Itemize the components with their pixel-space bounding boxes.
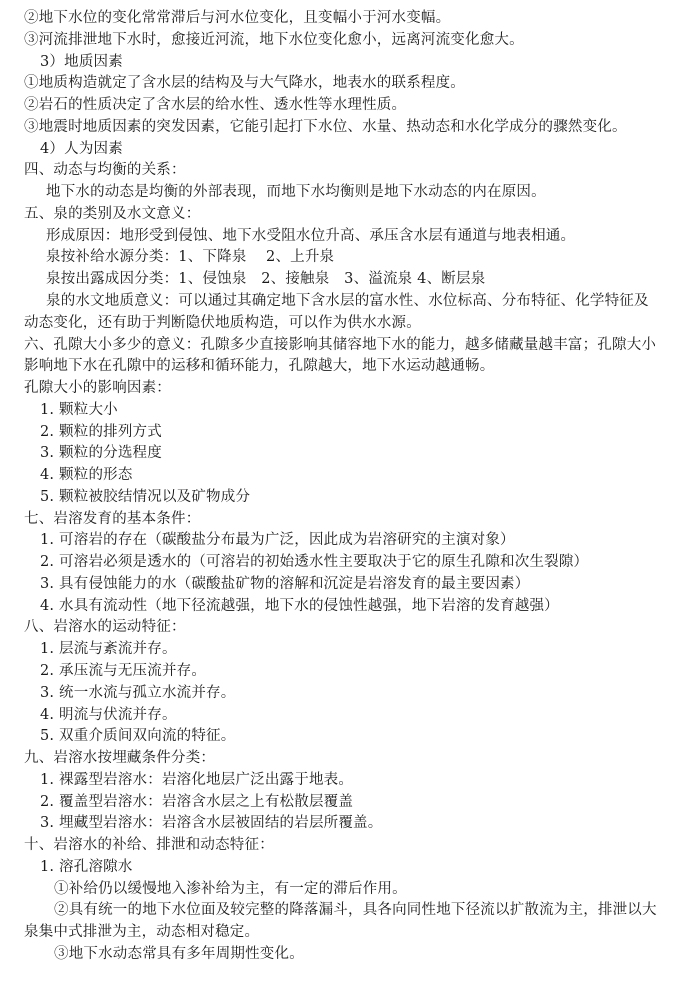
- document-line: 六、孔隙大小多少的意义：孔隙多少直接影响其储容地下水的能力，越多储藏量越丰富；孔…: [24, 335, 656, 355]
- document-line: 1. 裸露型岩溶水：岩溶化地层广泛出露于地表。: [40, 770, 353, 790]
- document-line: 5. 颗粒被胶结情况以及矿物成分: [40, 487, 250, 507]
- document-line: ②具有统一的地下水位面及较完整的降落漏斗，具各向同性地下径流以扩散流为主，排泄以…: [54, 900, 657, 920]
- document-line: 3. 统一水流与孤立水流并存。: [40, 683, 235, 703]
- document-line: 4. 明流与伏流并存。: [40, 705, 177, 725]
- document-line: 3. 颗粒的分选程度: [40, 443, 162, 463]
- document-line: 影响地下水在孔隙中的运移和循环能力，孔隙越大，地下水运动越通畅。: [24, 356, 494, 376]
- document-line: 4）人为因素: [40, 139, 123, 159]
- document-line: 3. 具有侵蚀能力的水（碳酸盐矿物的溶解和沉淀是岩溶发育的最主要因素）: [40, 574, 529, 594]
- document-line: ②地下水位的变化常常滞后与河水位变化，且变幅小于河水变幅。: [24, 8, 450, 28]
- document-line: 4. 颗粒的形态: [40, 465, 133, 485]
- document-line: ①补给仍以缓慢地入渗补给为主，有一定的滞后作用。: [54, 879, 407, 899]
- document-line: ②岩石的性质决定了含水层的给水性、透水性等水理性质。: [24, 95, 406, 115]
- document-line: 五、泉的类别及水文意义：: [24, 204, 200, 224]
- document-line: ③河流排泄地下水时，愈接近河流，地下水位变化愈小，远离河流变化愈大。: [24, 30, 524, 50]
- document-line: 2. 可溶岩必须是透水的（可溶岩的初始透水性主要取决于它的原生孔隙和次生裂隙）: [40, 552, 588, 572]
- document-line: 2. 承压流与无压流并存。: [40, 661, 206, 681]
- document-line: 泉集中式排泄为主，动态相对稳定。: [24, 922, 259, 942]
- document-line: 七、岩溶发育的基本条件：: [24, 509, 200, 529]
- document-line: 形成原因：地形受到侵蚀、地下水受阻水位升高、承压含水层有通道与地表相通。: [46, 226, 575, 246]
- document-line: ③地震时地质因素的突发因素，它能引起打下水位、水量、热动态和水化学成分的骤然变化…: [24, 117, 627, 137]
- document-line: 2. 覆盖型岩溶水：岩溶含水层之上有松散层覆盖: [40, 792, 353, 812]
- document-line: 5. 双重介质间双向流的特征。: [40, 726, 235, 746]
- document-line: 泉按出露成因分类：1、侵蚀泉 2、接触泉 3、溢流泉 4、断层泉: [46, 269, 485, 289]
- document-line: 2. 颗粒的排列方式: [40, 422, 162, 442]
- document-line: 1. 层流与紊流并存。: [40, 639, 177, 659]
- document-line: 4. 水具有流动性（地下径流越强，地下水的侵蚀性越强，地下岩溶的发育越强）: [40, 596, 559, 616]
- document-line: 1. 溶孔溶隙水: [40, 857, 133, 877]
- document-line: ③地下水动态常具有多年周期性变化。: [54, 944, 304, 964]
- document-line: 九、岩溶水按埋藏条件分类：: [24, 748, 215, 768]
- document-line: 动态变化，还有助于判断隐伏地质构造，可以作为供水水源。: [24, 313, 421, 333]
- document-line: 地下水的动态是均衡的外部表现，而地下水均衡则是地下水动态的内在原因。: [46, 182, 546, 202]
- document-line: 1. 颗粒大小: [40, 400, 118, 420]
- document-line: 四、动态与均衡的关系：: [24, 160, 186, 180]
- document-line: 八、岩溶水的运动特征：: [24, 617, 186, 637]
- document-line: 孔隙大小的影响因素：: [24, 378, 171, 398]
- document-line: 泉的水文地质意义：可以通过其确定地下含水层的富水性、水位标高、分布特征、化学特征…: [46, 291, 649, 311]
- document-line: 3）地质因素: [40, 52, 123, 72]
- document-page: ②地下水位的变化常常滞后与河水位变化，且变幅小于河水变幅。③河流排泄地下水时，愈…: [0, 0, 695, 1002]
- document-line: 泉按补给水源分类：1、下降泉 2、上升泉: [46, 247, 334, 267]
- document-line: 3. 埋藏型岩溶水：岩溶含水层被固结的岩层所覆盖。: [40, 813, 382, 833]
- document-line: ①地质构造就定了含水层的结构及与大气降水，地表水的联系程度。: [24, 73, 465, 93]
- document-line: 1. 可溶岩的存在（碳酸盐分布最为广泛，因此成为岩溶研究的主演对象）: [40, 530, 515, 550]
- document-line: 十、岩溶水的补给、排泄和动态特征：: [24, 835, 274, 855]
